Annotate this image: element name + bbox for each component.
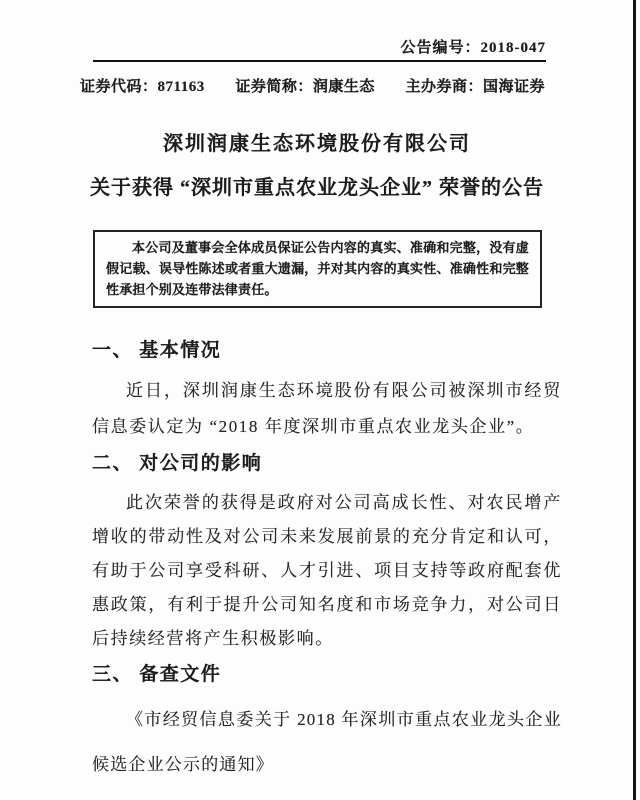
announcement-number: 公告编号：2018-047 <box>246 36 546 57</box>
sponsor-broker-value: 国海证券 <box>483 79 545 95</box>
document-body: 一、 基本情况 近日，深圳润康生态环境股份有限公司被深圳市经贸信息委认定为 “2… <box>92 338 562 787</box>
announcement-document-page: 公告编号：2018-047 证券代码：871163 证券简称：润康生态 主办券商… <box>0 0 640 800</box>
announcement-subject-title: 关于获得 “深圳市重点农业龙头企业” 荣誉的公告 <box>0 171 634 200</box>
company-name-title: 深圳润康生态环境股份有限公司 <box>0 127 634 156</box>
announcement-number-label: 公告编号： <box>400 40 480 56</box>
section-2-heading: 二、 对公司的影响 <box>92 451 562 477</box>
securities-abbr-label: 证券简称： <box>235 79 313 95</box>
sponsor-broker-label: 主办券商： <box>405 79 483 95</box>
section-1-paragraph: 近日，深圳润康生态环境股份有限公司被深圳市经贸信息委认定为 “2018 年度深圳… <box>92 373 562 445</box>
section-2-paragraph: 此次荣誉的获得是政府对公司高成长性、对农民增产增收的带动性及对公司未来发展前景的… <box>92 486 562 656</box>
securities-info-row: 证券代码：871163 证券简称：润康生态 主办券商：国海证券 <box>80 75 545 96</box>
securities-code: 证券代码：871163 <box>80 75 205 96</box>
securities-abbr: 证券简称：润康生态 <box>235 75 375 96</box>
section-3-paragraph: 《市经贸信息委关于 2018 年深圳市重点农业龙头企业候选企业公示的通知》 <box>92 697 562 787</box>
disclaimer-box: 本公司及董事会全体成员保证公告内容的真实、准确和完整，没有虚假记载、误导性陈述或… <box>93 230 542 308</box>
section-1-heading: 一、 基本情况 <box>92 338 562 364</box>
scan-edge-line <box>633 0 636 800</box>
section-3-heading: 三、 备查文件 <box>92 662 562 688</box>
disclaimer-text: 本公司及董事会全体成员保证公告内容的真实、准确和完整，没有虚假记载、误导性陈述或… <box>106 237 529 300</box>
header-divider-line <box>93 60 546 62</box>
sponsor-broker: 主办券商：国海证券 <box>405 75 545 96</box>
announcement-number-value: 2018-047 <box>481 40 547 56</box>
securities-abbr-value: 润康生态 <box>313 79 375 95</box>
securities-code-value: 871163 <box>158 79 205 95</box>
securities-code-label: 证券代码： <box>80 79 158 95</box>
